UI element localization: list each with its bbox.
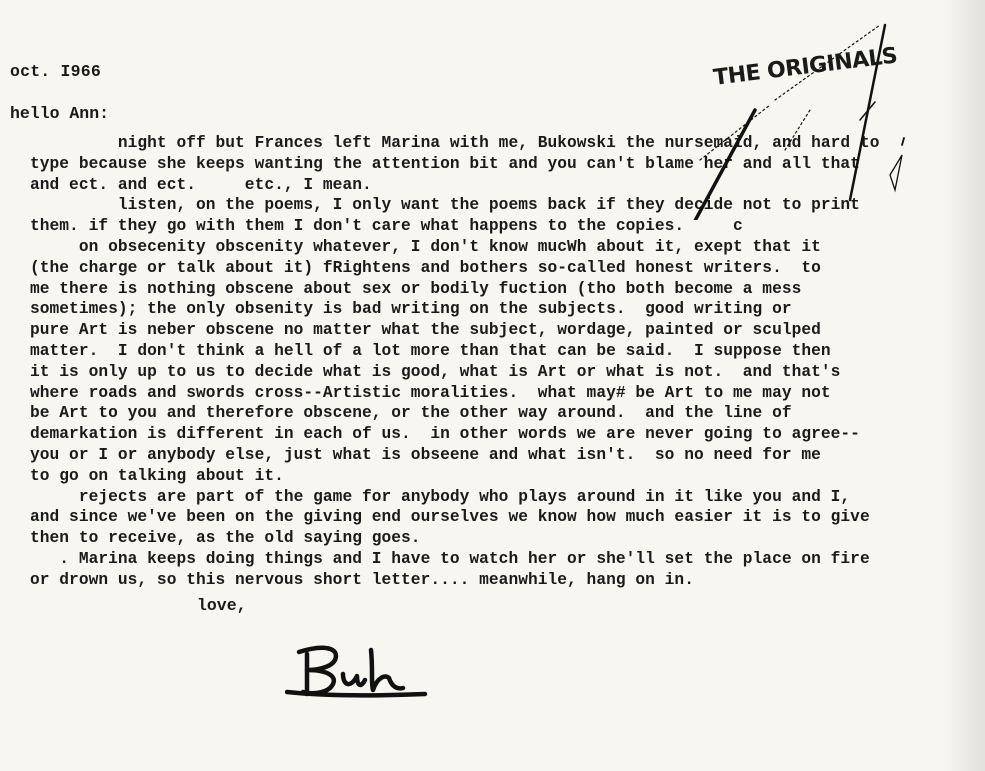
handwritten-annotation-marks xyxy=(690,10,920,220)
letter-greeting: hello Ann: xyxy=(10,104,109,123)
letter-line: . Marina keeps doing things and I have t… xyxy=(30,549,910,570)
letter-line: be Art to you and therefore obscene, or … xyxy=(30,403,910,424)
signature-buk xyxy=(285,640,430,710)
letter-line: on obsecenity obscenity whatever, I don'… xyxy=(30,237,910,258)
letter-line: (the charge or talk about it) fRightens … xyxy=(30,258,910,279)
letter-closing: love, xyxy=(197,596,247,615)
letter-line: where roads and swords cross--Artistic m… xyxy=(30,383,910,404)
letter-line: it is only up to us to decide what is go… xyxy=(30,362,910,383)
letter-line: pure Art is neber obscene no matter what… xyxy=(30,320,910,341)
letter-line: matter. I don't think a hell of a lot mo… xyxy=(30,341,910,362)
letter-line: to go on talking about it. xyxy=(30,466,910,487)
letter-line: rejects are part of the game for anybody… xyxy=(30,487,910,508)
letter-line: sometimes); the only obsenity is bad wri… xyxy=(30,299,910,320)
letter-line: you or I or anybody else, just what is o… xyxy=(30,445,910,466)
letter-line: and since we've been on the giving end o… xyxy=(30,507,910,528)
letter-line: then to receive, as the old saying goes. xyxy=(30,528,910,549)
letter-line: or drown us, so this nervous short lette… xyxy=(30,570,910,591)
page-edge-shadow xyxy=(945,0,985,771)
letter-line: demarkation is different in each of us. … xyxy=(30,424,910,445)
letter-line: me there is nothing obscene about sex or… xyxy=(30,279,910,300)
letter-date: oct. I966 xyxy=(10,62,101,81)
